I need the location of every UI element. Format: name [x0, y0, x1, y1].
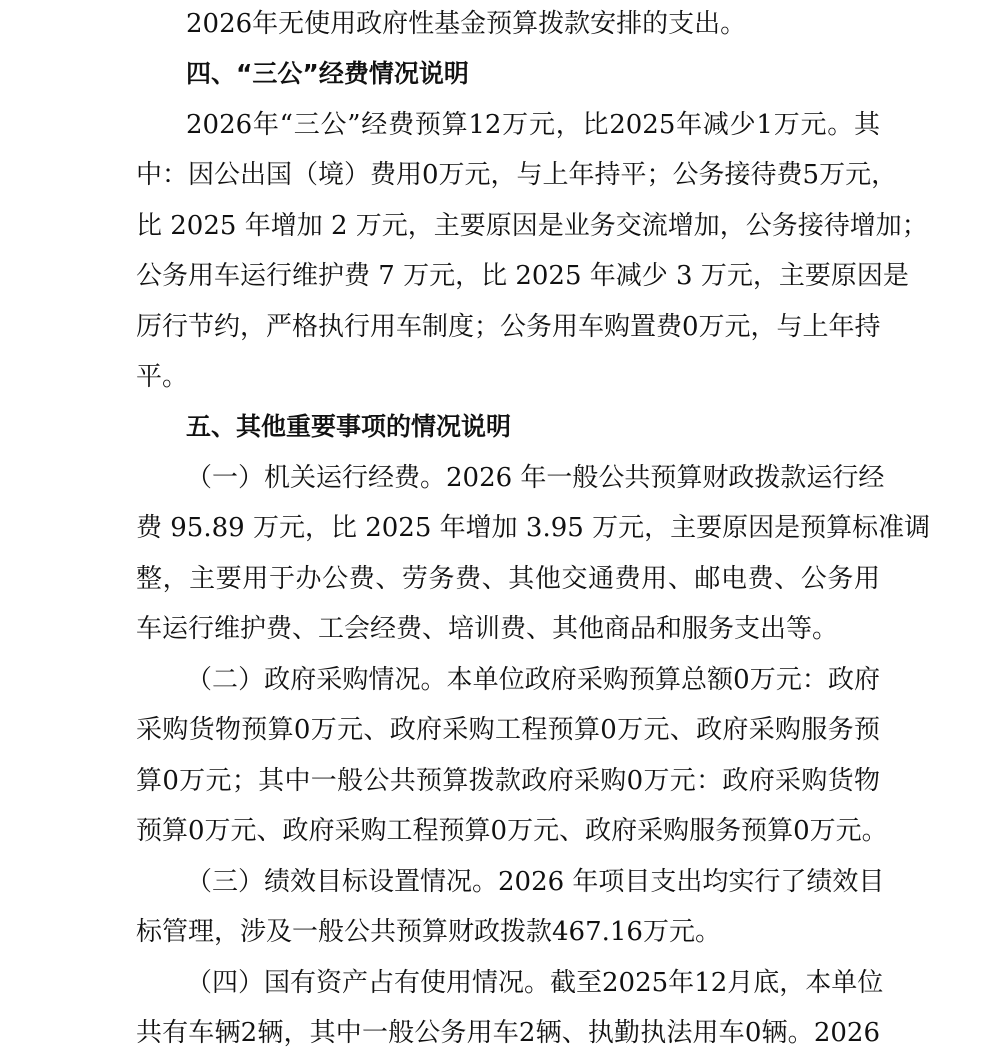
section-heading-san-gong: 四、“三公”经费情况说明: [186, 52, 469, 96]
text-line: 厉行节约，严格执行用车制度；公务用车购置费0万元，与上年持: [136, 305, 880, 349]
document-page: 2026年无使用政府性基金预算拨款安排的支出。 四、“三公”经费情况说明 202…: [0, 0, 1000, 1053]
text-line: 中：因公出国（境）费用0万元，与上年持平；公务接待费5万元，: [136, 153, 880, 197]
text-line: 比 2025 年增加 2 万元，主要原因是业务交流增加，公务接待增加；: [136, 204, 880, 248]
text-line: 2026年“三公”经费预算12万元，比2025年减少1万元。其: [186, 103, 880, 147]
text-line: 整，主要用于办公费、劳务费、其他交通费用、邮电费、公务用: [136, 557, 880, 601]
text-line: 算0万元；其中一般公共预算拨款政府采购0万元：政府采购货物: [136, 759, 880, 803]
text-line: （二）政府采购情况。本单位政府采购预算总额0万元：政府: [186, 658, 880, 702]
text-line: 共有车辆2辆，其中一般公务用车2辆、执勤执法用车0辆。2026: [136, 1011, 880, 1053]
text-line: 预算0万元、政府采购工程预算0万元、政府采购服务预算0万元。: [136, 809, 880, 853]
text-line: 公务用车运行维护费 7 万元，比 2025 年减少 3 万元，主要原因是: [136, 254, 880, 298]
text-line: 车运行维护费、工会经费、培训费、其他商品和服务支出等。: [136, 607, 838, 651]
intro-line: 2026年无使用政府性基金预算拨款安排的支出。: [186, 2, 746, 46]
text-line: 采购货物预算0万元、政府采购工程预算0万元、政府采购服务预: [136, 708, 880, 752]
text-line: （四）国有资产占有使用情况。截至2025年12月底，本单位: [186, 961, 880, 1005]
text-line: 标管理，涉及一般公共预算财政拨款467.16万元。: [136, 910, 721, 954]
text-line: 平。: [136, 355, 188, 399]
text-line: （一）机关运行经费。2026 年一般公共预算财政拨款运行经: [186, 456, 880, 500]
text-line: （三）绩效目标设置情况。2026 年项目支出均实行了绩效目: [186, 860, 880, 904]
section-heading-other-matters: 五、其他重要事项的情况说明: [186, 405, 511, 449]
text-line: 费 95.89 万元，比 2025 年增加 3.95 万元，主要原因是预算标准调: [136, 506, 880, 550]
